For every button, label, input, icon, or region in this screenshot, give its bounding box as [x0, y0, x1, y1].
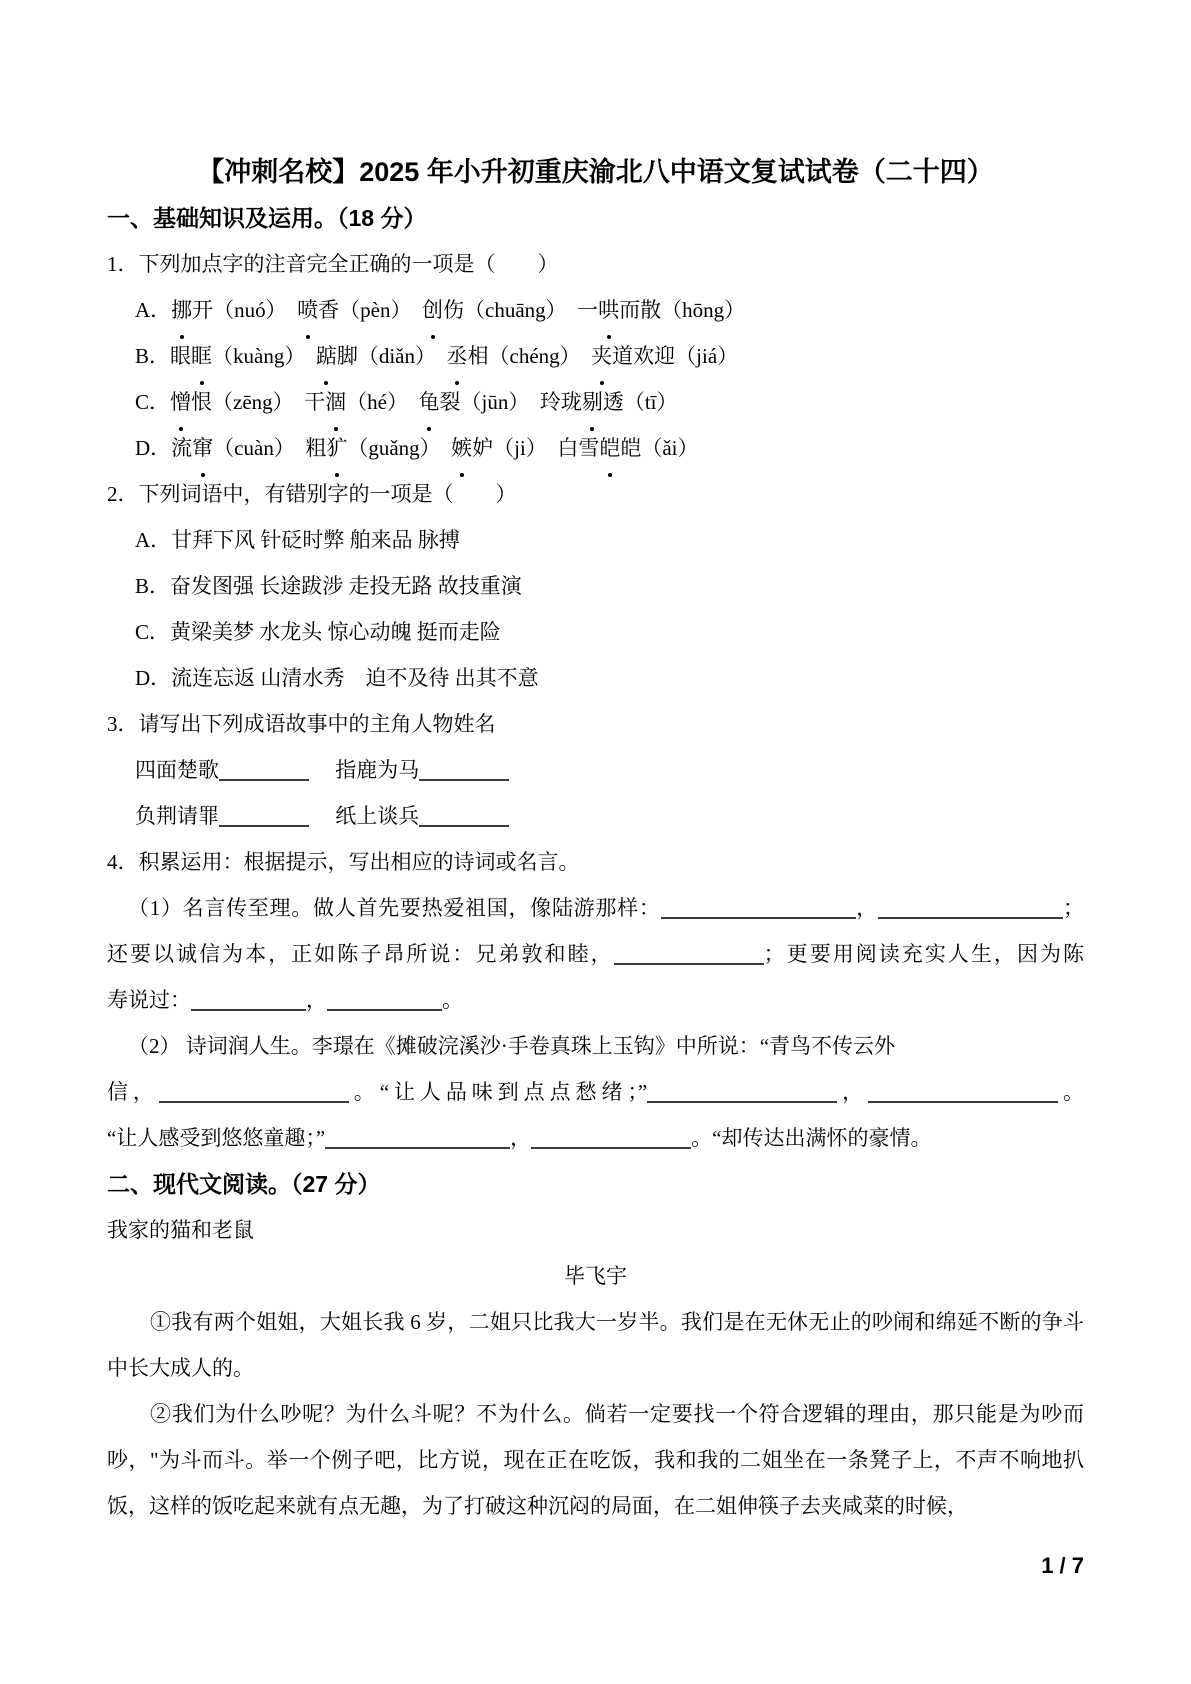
- q4-line-4: （2） 诗词润人生。李璟在《摊破浣溪沙·手卷真珠上玉钩》中所说：“青鸟不传云外: [107, 1023, 1084, 1069]
- q4-line-2: 还要以诚信为本，正如陈子昂所说：兄弟敦和睦，；更要用阅读充实人生，因为陈: [107, 931, 1084, 977]
- q2-stem: 2．下列词语中，有错别字的一项是（ ）: [107, 471, 1084, 517]
- q1-option-a: A．挪开（nuó） 喷香（pèn） 创伤（chuāng） 一哄而散（hōng）: [107, 287, 1084, 333]
- answer-blank: [219, 820, 309, 827]
- answer-blank: [647, 1096, 837, 1103]
- q1-option-c: C．憎恨（zēng） 干涸（hé） 龟裂（jūn） 玲珑剔透（tī）: [107, 379, 1084, 425]
- answer-blank: [878, 912, 1063, 919]
- q4-line-5: 信，。“让人品味到点点愁绪；”，。: [107, 1069, 1084, 1115]
- answer-blank: [219, 774, 309, 781]
- answer-blank: [325, 1142, 510, 1149]
- answer-blank: [159, 1096, 349, 1103]
- q4-stem: 4．积累运用：根据提示，写出相应的诗词或名言。: [107, 839, 1084, 885]
- q1-option-d: D．流窜（cuàn） 粗犷（guǎng） 嫉妒（ji） 白雪皑皑（ǎi）: [107, 425, 1084, 471]
- q1-stem: 1．下列加点字的注音完全正确的一项是（ ）: [107, 241, 1084, 287]
- q3-stem: 3．请写出下列成语故事中的主角人物姓名: [107, 701, 1084, 747]
- answer-blank: [419, 774, 509, 781]
- answer-blank: [191, 1004, 306, 1011]
- q3-row-2: 负荆请罪 纸上谈兵: [107, 793, 1084, 839]
- reading-paragraph-2: ②我们为什么吵呢？为什么斗呢？不为什么。倘若一定要找一个符合逻辑的理由，那只能是…: [107, 1391, 1084, 1529]
- answer-blank: [327, 1004, 442, 1011]
- reading-title: 我家的猫和老鼠: [107, 1207, 1084, 1253]
- answer-blank: [868, 1096, 1058, 1103]
- page-title: 【冲刺名校】2025 年小升初重庆渝北八中语文复试试卷（二十四）: [107, 149, 1084, 195]
- reading-paragraph-1: ①我有两个姐姐，大姐长我 6 岁，二姐只比我大一岁半。我们是在无休无止的吵闹和绵…: [107, 1299, 1084, 1391]
- q3-row-1: 四面楚歌 指鹿为马: [107, 747, 1084, 793]
- q4-line-3: 寿说过：，。: [107, 977, 1084, 1023]
- q2-option-d: D．流连忘返 山清水秀 迫不及待 出其不意: [107, 655, 1084, 701]
- q2-option-a: A．甘拜下风 针砭时弊 舶来品 脉搏: [107, 517, 1084, 563]
- answer-blank: [614, 958, 764, 965]
- answer-blank: [419, 820, 509, 827]
- q4-line-6: “让人感受到悠悠童趣；”，。“却传达出满怀的豪情。: [107, 1115, 1084, 1161]
- page-number: 1 / 7: [107, 1543, 1084, 1589]
- q2-option-c: C．黄梁美梦 水龙头 惊心动魄 挺而走险: [107, 609, 1084, 655]
- exam-page: 【冲刺名校】2025 年小升初重庆渝北八中语文复试试卷（二十四） 一、基础知识及…: [0, 0, 1191, 1684]
- answer-blank: [661, 912, 856, 919]
- q2-option-b: B．奋发图强 长途跋涉 走投无路 故技重演: [107, 563, 1084, 609]
- q1-option-b: B．眼眶（kuàng） 踮脚（diǎn） 丞相（chéng） 夹道欢迎（jiá）: [107, 333, 1084, 379]
- reading-author: 毕飞宇: [107, 1253, 1084, 1299]
- q4-line-1: （1）名言传至理。做人首先要热爱祖国，像陆游那样：，；: [107, 885, 1084, 931]
- answer-blank: [531, 1142, 691, 1149]
- section2-heading: 二、现代文阅读。（27 分）: [107, 1161, 1084, 1207]
- section1-heading: 一、基础知识及运用。（18 分）: [107, 195, 1084, 241]
